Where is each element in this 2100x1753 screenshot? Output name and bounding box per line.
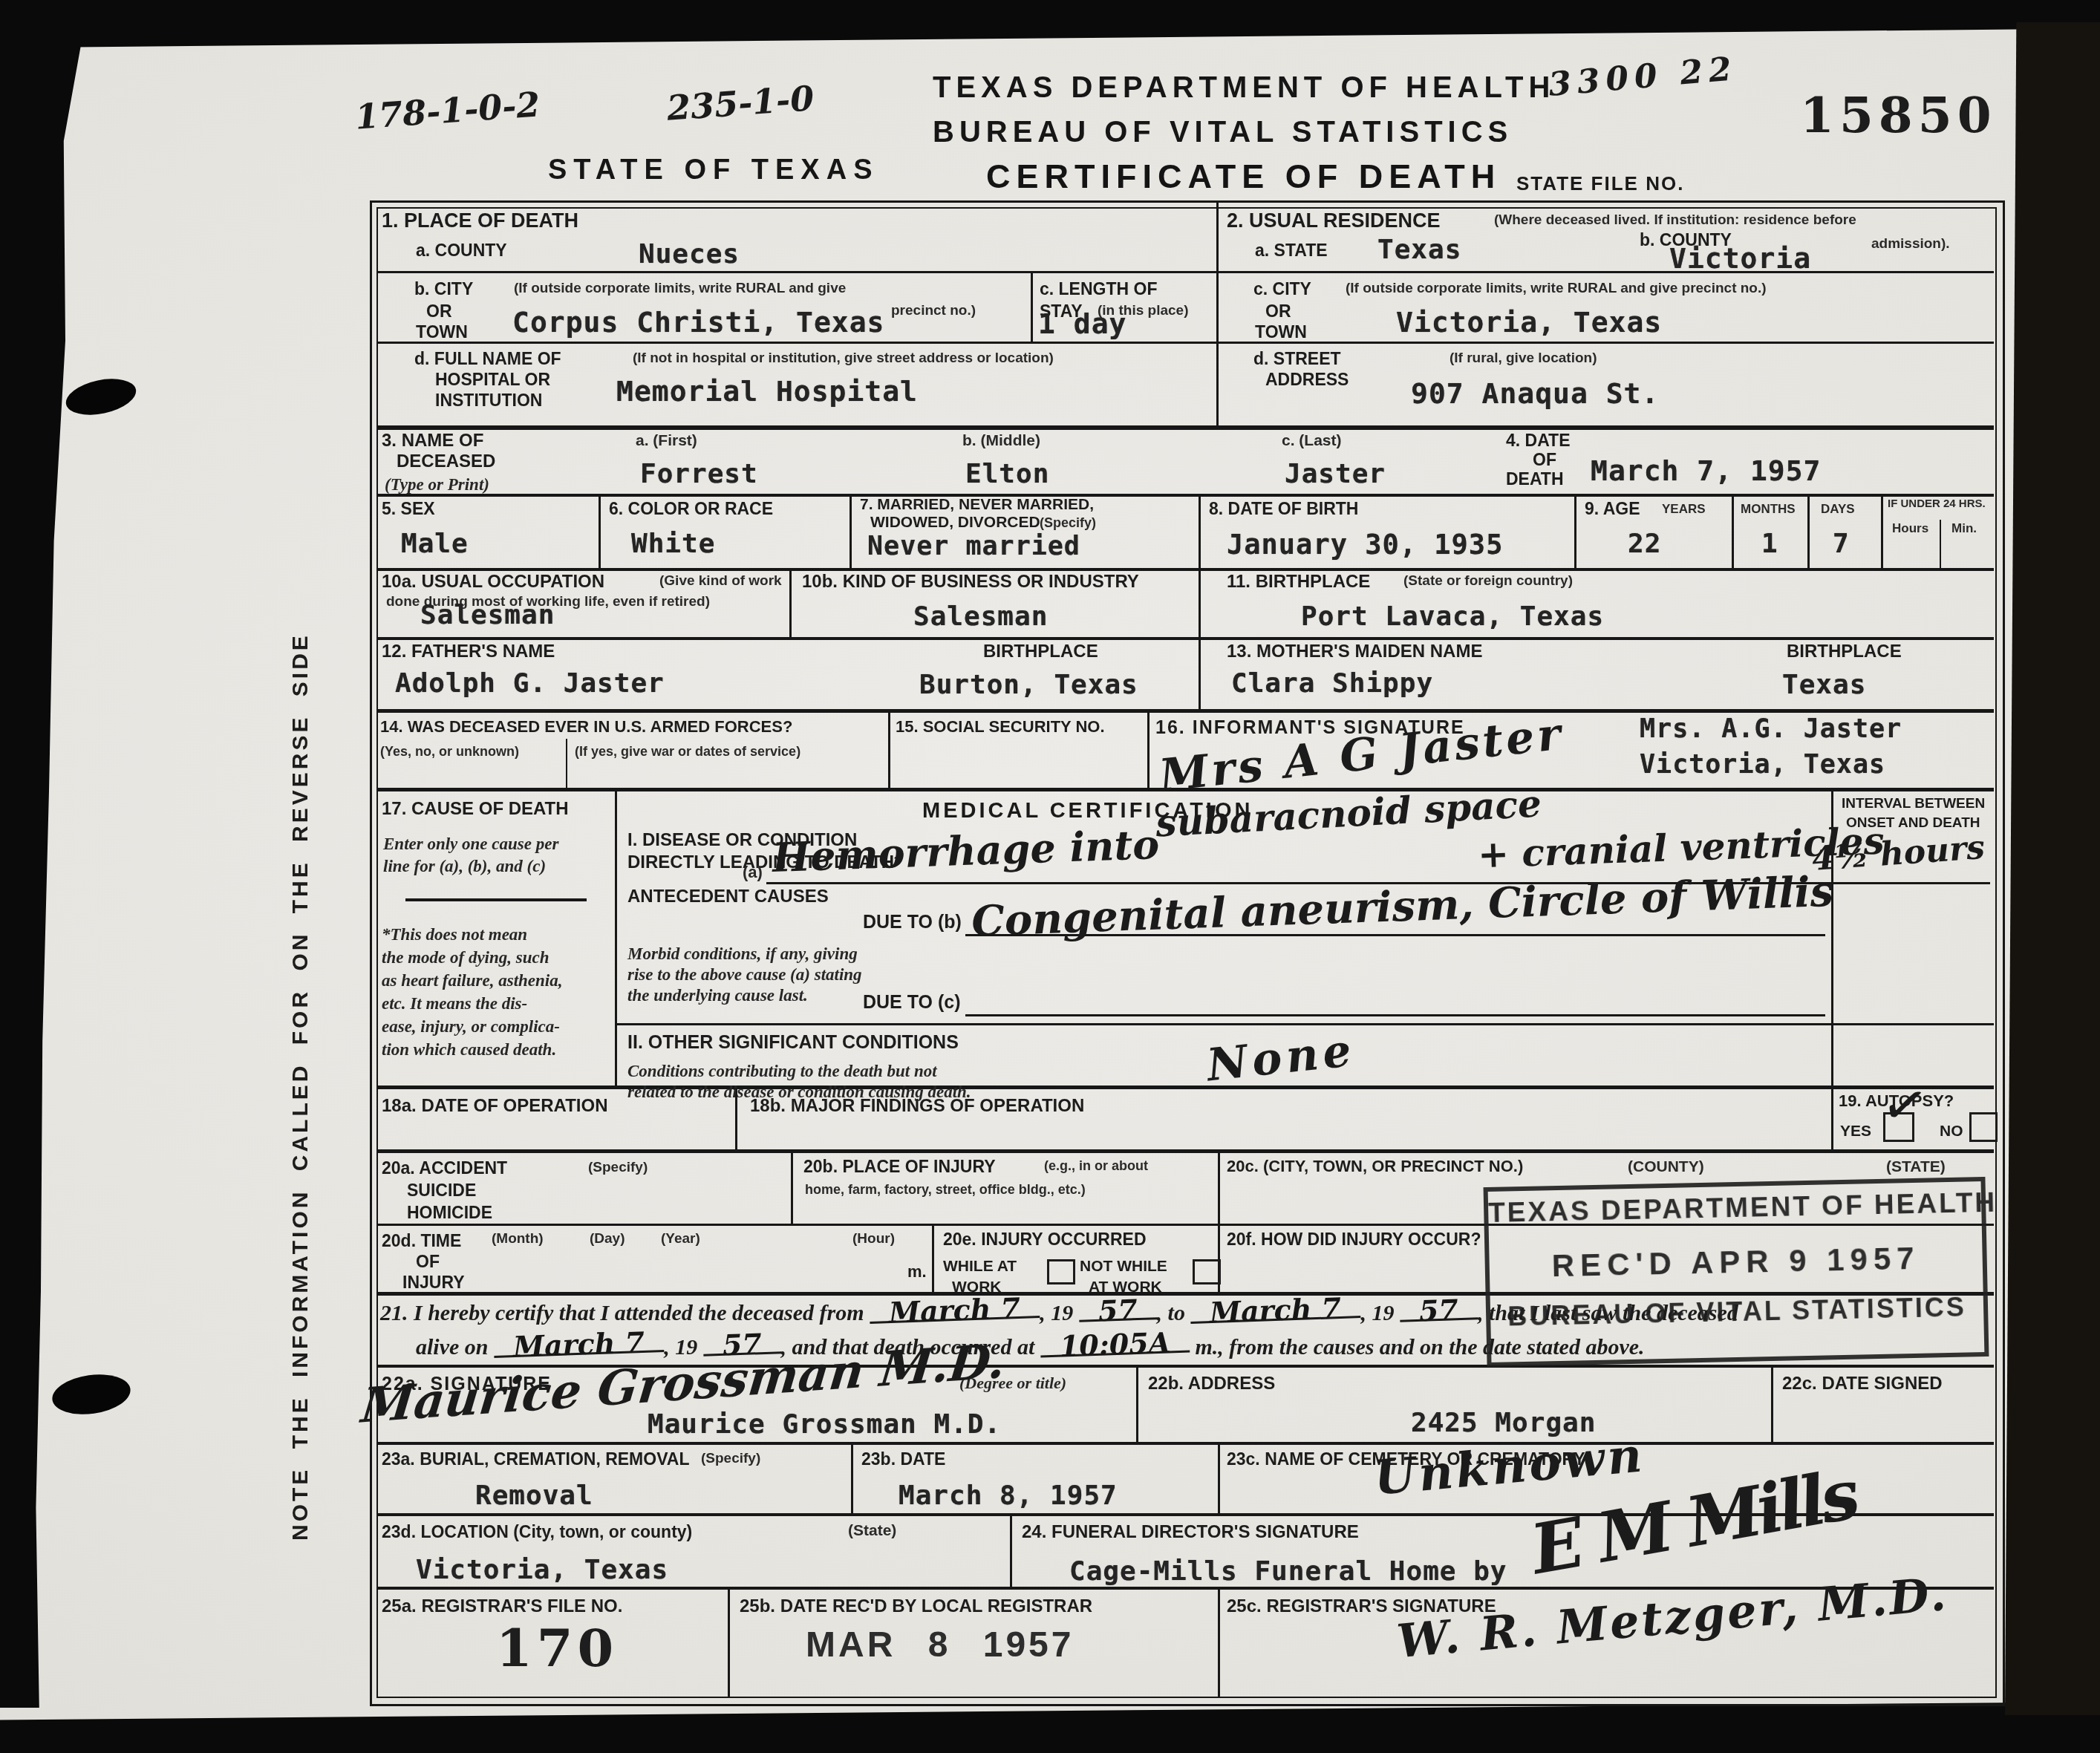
s10a-label: 10a. USUAL OCCUPATION (382, 572, 604, 593)
s20a-label-3: HOMICIDE (407, 1203, 492, 1223)
s16-typed-name: Mrs. A.G. Jaster (1640, 714, 1902, 744)
s17-antecedent-note: Morbid conditions, if any, giving (627, 944, 858, 964)
s13-birthplace-value: Texas (1782, 670, 1866, 700)
s2-state-label: a. STATE (1255, 241, 1328, 261)
line (851, 1442, 853, 1513)
s17-antecedent-note-2: rise to the above cause (a) stating (627, 965, 862, 985)
line (965, 1014, 1825, 1016)
s20e-while-label: WHILE AT (943, 1258, 1017, 1276)
s12-value: Adolph G. Jaster (395, 668, 665, 699)
certify-line-2: alive on March 7, 19 57, and that death … (416, 1335, 1645, 1360)
s20b-note-2: home, farm, factory, street, office bldg… (805, 1182, 1086, 1198)
line (1199, 568, 1201, 637)
s8-value: January 30, 1935 (1227, 529, 1503, 561)
header-department: TEXAS DEPARTMENT OF HEALTH (933, 71, 1555, 105)
line (1199, 637, 1201, 711)
line (1218, 1442, 1220, 1513)
s5-label: 5. SEX (382, 499, 435, 519)
s17-note2a: *This does not mean (382, 925, 527, 944)
s12-birthplace-value: Burton, Texas (919, 670, 1138, 700)
s20a-label-2: SUICIDE (407, 1181, 476, 1201)
s1-county-value: Nueces (639, 239, 740, 270)
line (378, 342, 1994, 344)
certify-text: , 19 (1040, 1301, 1073, 1325)
line (1216, 202, 1219, 425)
line (728, 1587, 730, 1698)
injury-while-at-work-checkbox (1047, 1259, 1075, 1284)
s22a-typed-name: Maurice Grossman M.D. (648, 1409, 1001, 1440)
s9-days-label: DAYS (1821, 502, 1855, 517)
s1-title: 1. PLACE OF DEATH (382, 209, 578, 232)
s7-label: 7. MARRIED, NEVER MARRIED, (860, 496, 1094, 514)
s20b-label: 20b. PLACE OF INJURY (803, 1157, 996, 1177)
s12-birthplace-label: BIRTHPLACE (983, 642, 1098, 662)
line (615, 788, 617, 1086)
s10a-note: (Give kind of work (659, 573, 782, 590)
s9-hours-label: Hours (1892, 521, 1928, 536)
line (888, 711, 890, 788)
s1-hospital-label: d. FULL NAME OF (414, 349, 561, 369)
certify-death-time: 10:05A (1040, 1335, 1190, 1357)
s25b-date-stamp: MAR 8 1957 (806, 1625, 1074, 1665)
s1-city-note-2: precinct no.) (891, 303, 976, 319)
s2-city-label-or: OR (1265, 301, 1291, 321)
s1-hospital-value: Memorial Hospital (616, 375, 918, 408)
s19-no-label: NO (1940, 1123, 1963, 1140)
s17-note2b: the mode of dying, such (382, 948, 550, 967)
injury-not-while-at-work-checkbox (1193, 1259, 1221, 1284)
s18b-label: 18b. MAJOR FINDINGS OF OPERATION (750, 1096, 1084, 1117)
s2-street-value: 907 Anaqua St. (1411, 377, 1659, 410)
s18a-label: 18a. DATE OF OPERATION (382, 1096, 608, 1117)
s8-label: 8. DATE OF BIRTH (1209, 499, 1358, 519)
certify-from-year: 57 (1078, 1302, 1157, 1322)
line (378, 494, 1994, 497)
line (1147, 711, 1150, 788)
s20d-label-2: OF (416, 1252, 440, 1272)
line (616, 1023, 1994, 1025)
s17-a-tag: (a) (743, 863, 763, 882)
s17-due-c-label: DUE TO (c) (863, 992, 961, 1013)
s17-label: 17. CAUSE OF DEATH (382, 799, 569, 820)
s2-county-value: Victoria (1669, 242, 1811, 275)
line (1807, 494, 1810, 568)
s9-months-label: MONTHS (1741, 502, 1796, 517)
s9-months-value: 1 (1761, 529, 1778, 559)
s20e-notwhile-label: NOT WHILE (1080, 1258, 1167, 1276)
s3-last-label: c. (Last) (1282, 432, 1342, 450)
certify-text: , 19 (1361, 1301, 1395, 1325)
s12-label: 12. FATHER'S NAME (382, 642, 555, 662)
s9-min-label: Min. (1951, 521, 1977, 536)
certify-from-date: March 7 (870, 1301, 1040, 1324)
line (378, 1442, 1994, 1445)
s3-first-label: a. (First) (636, 432, 697, 450)
s20e-label: 20e. INJURY OCCURRED (943, 1230, 1147, 1250)
line (378, 637, 1994, 640)
certify-to-year: 57 (1400, 1302, 1478, 1322)
scan-edge-right (2005, 22, 2100, 1715)
line (378, 1149, 1994, 1153)
s1-hospital-note: (If not in hospital or institution, give… (633, 350, 1054, 367)
received-stamp-line-1: TEXAS DEPARTMENT OF HEALTH (1488, 1187, 1982, 1229)
state-file-no-label: STATE FILE NO. (1516, 172, 1684, 195)
s23d-value: Victoria, Texas (416, 1555, 668, 1585)
s13-value: Clara Shippy (1231, 668, 1433, 699)
s14-note-2: (If yes, give war or dates of service) (575, 744, 800, 760)
s6-label: 6. COLOR OR RACE (609, 499, 773, 519)
received-stamp-line-2: REC'D APR 9 1957 (1489, 1239, 1983, 1285)
s15-label: 15. SOCIAL SECURITY NO. (896, 717, 1105, 737)
s2-title: 2. USUAL RESIDENCE (1227, 209, 1441, 232)
certify-text: alive on (416, 1335, 489, 1359)
s24-typed: Cage-Mills Funeral Home by (1069, 1556, 1507, 1587)
s23a-label: 23a. BURIAL, CREMATION, REMOVAL (382, 1449, 689, 1469)
s17-other-conditions-note: Conditions contributing to the death but… (627, 1062, 937, 1081)
s17-note1b: line for (a), (b), and (c) (383, 857, 546, 876)
s20c-county-label: (COUNTY) (1628, 1158, 1704, 1176)
margin-note: NOTE THE INFORMATION CALLED FOR ON THE R… (288, 412, 313, 1541)
s1-stay-value: 1 day (1038, 307, 1126, 340)
received-stamp-line-3: BUREAU OF VITAL STATISTICS (1490, 1291, 1984, 1333)
autopsy-no-checkbox (1969, 1112, 1998, 1142)
header-state-of-texas: STATE OF TEXAS (548, 154, 879, 186)
header-bureau: BUREAU OF VITAL STATISTICS (933, 116, 1513, 149)
line (1031, 271, 1033, 342)
s9-label: 9. AGE (1585, 499, 1640, 519)
s3-label-2: DECEASED (397, 451, 495, 472)
line (378, 568, 1994, 571)
line (1771, 1365, 1773, 1442)
s1-city-label: b. CITY (414, 279, 473, 299)
line (791, 1149, 793, 1224)
s17-note1a: Enter only one cause per (383, 835, 558, 854)
s17-note2e: ease, injury, or complica- (382, 1017, 560, 1037)
s2-title-note: (Where deceased lived. If institution: r… (1494, 212, 1856, 229)
certify-text: , to (1157, 1301, 1185, 1325)
s20b-note: (e.g., in or about (1044, 1158, 1148, 1174)
s20d-hour-label: (Hour) (852, 1231, 895, 1247)
s7-label-2: WIDOWED, DIVORCED (870, 514, 1040, 532)
s11-note: (State or foreign country) (1403, 573, 1573, 590)
s23b-value: March 8, 1957 (899, 1481, 1118, 1511)
line (1199, 494, 1201, 568)
certify-text: 21. I hereby certify that I attended the… (380, 1301, 864, 1325)
s4-label-2: OF (1533, 450, 1556, 470)
line (1881, 494, 1883, 568)
s5-value: Male (401, 529, 469, 559)
line (1010, 1513, 1012, 1587)
s20a-label: 20a. ACCIDENT (382, 1158, 507, 1178)
s9-years-value: 22 (1628, 529, 1661, 559)
s16-typed-place: Victoria, Texas (1640, 750, 1885, 780)
s20a-note: (Specify) (588, 1160, 648, 1176)
line (1218, 1149, 1220, 1224)
s2-city-value: Victoria, Texas (1396, 306, 1662, 339)
line (378, 1086, 1994, 1089)
state-file-number: 15850 (1800, 86, 1997, 144)
s17-note2f: tion which caused death. (382, 1040, 556, 1060)
s20d-day-label: (Day) (590, 1231, 625, 1247)
s3-middle-label: b. (Middle) (962, 432, 1040, 450)
s24-label: 24. FUNERAL DIRECTOR'S SIGNATURE (1022, 1522, 1359, 1543)
s4-label-3: DEATH (1506, 469, 1564, 489)
s3-first-value: Forrest (640, 459, 758, 489)
certify-to-date: March 7 (1190, 1301, 1361, 1324)
s1-city-note: (If outside corporate limits, write RURA… (514, 281, 846, 297)
s4-date-value: March 7, 1957 (1591, 454, 1821, 487)
s23a-note: (Specify) (701, 1451, 760, 1467)
line (1940, 520, 1941, 568)
line (405, 898, 587, 901)
s23d-label: 23d. LOCATION (City, town, or county) (382, 1522, 692, 1542)
s20d-label: 20d. TIME (382, 1231, 461, 1251)
s2-city-note: (If outside corporate limits, write RURA… (1346, 281, 1767, 297)
line (1136, 1365, 1138, 1442)
s3-middle-value: Elton (965, 459, 1049, 489)
s10b-value: Salesman (913, 601, 1048, 632)
s11-value: Port Lavaca, Texas (1301, 601, 1604, 632)
s2-city-label-town: TOWN (1255, 322, 1307, 342)
line (1831, 1086, 1833, 1149)
line (599, 494, 601, 568)
scanned-death-certificate: NOTE THE INFORMATION CALLED FOR ON THE R… (0, 0, 2100, 1753)
s10a-value: Salesman (420, 600, 555, 630)
s17-note2d: etc. It means the dis- (382, 994, 527, 1013)
s25b-label: 25b. DATE REC'D BY LOCAL REGISTRAR (740, 1596, 1092, 1617)
s2-city-label: c. CITY (1253, 279, 1311, 299)
s23d-state-note: (State) (848, 1522, 896, 1540)
s13-birthplace-label: BIRTHPLACE (1787, 642, 1902, 662)
s17-antecedent-note-3: the underlying cause last. (627, 986, 808, 1005)
line (1732, 494, 1734, 568)
s22b-label: 22b. ADDRESS (1148, 1374, 1275, 1394)
s10b-label: 10b. KIND OF BUSINESS OR INDUSTRY (802, 572, 1139, 593)
s25a-value: 170 (496, 1617, 618, 1679)
s23a-value: Removal (475, 1481, 593, 1511)
s20f-label: 20f. HOW DID INJURY OCCUR? (1227, 1230, 1481, 1250)
s17-note2c: as heart failure, asthenia, (382, 971, 562, 990)
s3-label: 3. NAME OF (382, 431, 483, 451)
s20d-label-3: INJURY (402, 1273, 465, 1293)
s20d-month-label: (Month) (492, 1231, 544, 1247)
s1-city-label-or: OR (426, 301, 452, 321)
s20d-year-label: (Year) (661, 1231, 700, 1247)
s2-state-value: Texas (1377, 235, 1461, 265)
s9-years-label: YEARS (1662, 502, 1706, 517)
s7-value: Never married (867, 532, 1080, 561)
line (1574, 494, 1576, 568)
s3-last-value: Jaster (1285, 459, 1386, 489)
s20c-label: 20c. (CITY, TOWN, OR PRECINCT NO.) (1227, 1157, 1523, 1176)
s7-note: (Specify) (1040, 515, 1096, 531)
line (932, 1224, 934, 1292)
s14-note-1: (Yes, no, or unknown) (380, 744, 519, 760)
s2-street-label-2: ADDRESS (1265, 370, 1349, 390)
s1-county-label: a. COUNTY (416, 241, 507, 261)
s13-label: 13. MOTHER'S MAIDEN NAME (1227, 642, 1482, 662)
s17-interval-label: INTERVAL BETWEEN (1842, 796, 1985, 812)
s1-city-value: Corpus Christi, Texas (512, 306, 884, 339)
s22c-label: 22c. DATE SIGNED (1782, 1374, 1943, 1394)
line (850, 494, 852, 568)
line (789, 568, 792, 637)
s2-street-label: d. STREET (1253, 349, 1341, 369)
s2-street-note: (If rural, give location) (1450, 350, 1597, 367)
s1-hospital-label-2: HOSPITAL OR (435, 370, 550, 390)
s20d-m-label: m. (907, 1262, 927, 1282)
s11-label: 11. BIRTHPLACE (1227, 572, 1370, 593)
s4-label: 4. DATE (1506, 431, 1570, 451)
s17-antecedent-label: ANTECEDENT CAUSES (627, 887, 829, 907)
header-title: CERTIFICATE OF DEATH (986, 157, 1501, 196)
s9-under24-label: IF UNDER 24 HRS. (1888, 497, 1986, 510)
s2-title-note-2: admission). (1871, 236, 1950, 252)
s9-days-value: 7 (1833, 529, 1850, 559)
line (378, 709, 1994, 713)
received-stamp: TEXAS DEPARTMENT OF HEALTH REC'D APR 9 1… (1484, 1177, 1989, 1367)
s1-hospital-label-3: INSTITUTION (435, 391, 542, 411)
s1-stay-label: c. LENGTH OF (1040, 279, 1157, 299)
s17-due-b-label: DUE TO (b) (863, 912, 962, 933)
s1-city-label-town: TOWN (416, 322, 468, 342)
s23b-label: 23b. DATE (861, 1449, 945, 1469)
s14-label: 14. WAS DECEASED EVER IN U.S. ARMED FORC… (380, 717, 792, 737)
s25a-label: 25a. REGISTRAR'S FILE NO. (382, 1596, 622, 1617)
certify-alive-date: March 7 (494, 1335, 665, 1358)
s3-label-3: (Type or Print) (385, 475, 489, 494)
s17-other-conditions-label: II. OTHER SIGNIFICANT CONDITIONS (627, 1032, 959, 1054)
s6-value: White (631, 529, 715, 559)
line (1218, 1587, 1220, 1698)
s19-yes-label: YES (1840, 1123, 1871, 1140)
line (566, 739, 567, 788)
line (378, 425, 1994, 430)
s20c-state-label: (STATE) (1886, 1158, 1946, 1176)
